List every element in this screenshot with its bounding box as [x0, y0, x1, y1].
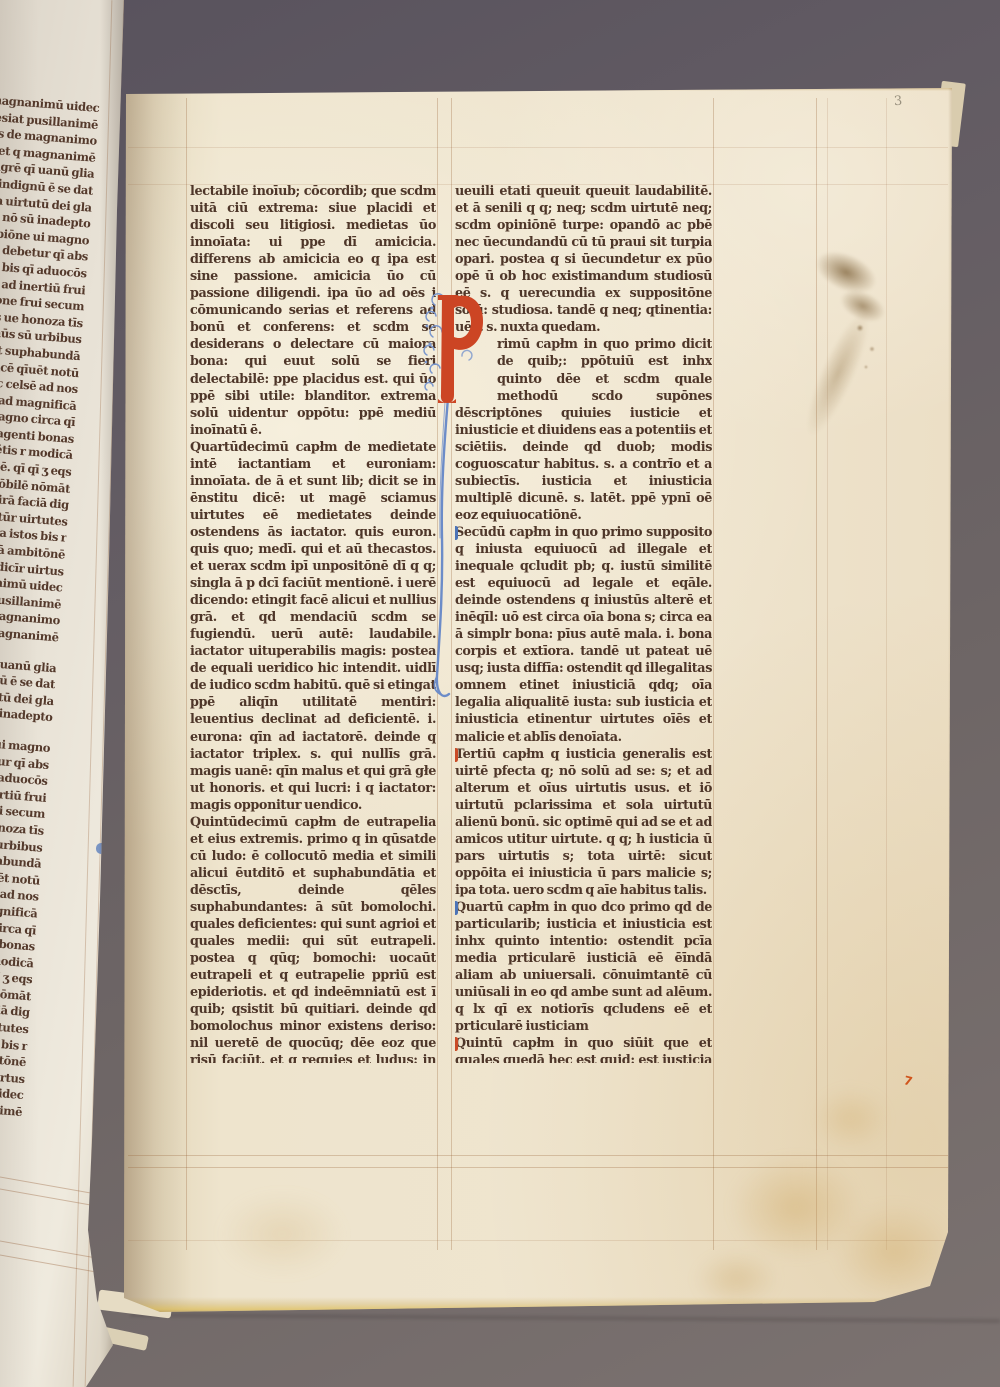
folio-number: 3	[893, 94, 902, 110]
gutter-shading	[122, 86, 192, 1314]
paragraph-text: lectabile inoīub; cōcordib; que scdm uit…	[190, 184, 436, 438]
ruling-line	[128, 1167, 948, 1168]
page-curvature-shading	[0, 0, 128, 1387]
paraph-mark-blue	[455, 901, 458, 915]
initial-letter-space	[455, 336, 497, 388]
paragraph: Quartūdecimū capłm de medietate intē iac…	[190, 439, 436, 814]
ink-stain	[848, 316, 888, 376]
ruling-line	[886, 98, 887, 1250]
paragraph-text: Secūdū capłm in quo primo supposito q in…	[455, 525, 712, 745]
paragraph: lectabile inoīub; cōcordib; que scdm uit…	[190, 183, 436, 439]
paragraph-text: Quartūdecimū capłm de medietate intē iac…	[190, 440, 436, 813]
ruling-line	[451, 98, 452, 1250]
ink-stain	[735, 228, 926, 460]
paragraph-text: ueuili etati queuit queuit laudabilitē. …	[455, 184, 712, 335]
paraph-mark-red	[455, 1037, 458, 1051]
table-shadow	[130, 1313, 1000, 1323]
ruling-line	[186, 98, 187, 1250]
quire-mark: 7	[902, 1073, 913, 1089]
paragraph: Secūdū capłm in quo primo supposito q in…	[455, 524, 712, 746]
paragraph: Quartū capłm in quo dco primo qd de part…	[455, 899, 712, 1035]
ruling-line	[128, 1240, 948, 1241]
ruling-line	[128, 1155, 948, 1156]
photograph-backdrop: tionū qr est bonū ē magnanimū uidecū et …	[0, 0, 1000, 1387]
ruling-line	[128, 147, 948, 148]
text-column-right: ueuili etati queuit queuit laudabilitē. …	[455, 183, 712, 1063]
paragraph-text: Quintū capłm in quo siūit que et quales …	[455, 1036, 712, 1063]
parchment-stain	[182, 1146, 382, 1306]
paragraph: Tertiū capłm q iusticia generalis est ui…	[455, 746, 712, 899]
ruling-line	[816, 98, 817, 1250]
paragraph-text: Quintūdecimū capłm de eutrapelia et eius…	[190, 815, 436, 1063]
paragraph: Quintūdecimū capłm de eutrapelia et eius…	[190, 814, 436, 1063]
page-edge	[948, 86, 954, 1244]
paragraph-text: Tertiū capłm q iusticia generalis est ui…	[455, 747, 712, 898]
paragraph: rimū capłm in quo primo dicit de quib;: …	[455, 336, 712, 524]
paragraph-text: Quartū capłm in quo dco primo qd de part…	[455, 900, 712, 1034]
manuscript-page: 3 7 lectabile inoīub; cōcordib; que scdm…	[122, 86, 954, 1314]
ruling-line	[827, 98, 828, 1250]
facing-page-edge: tionū qr est bonū ē magnanimū uidecū et …	[0, 0, 128, 1387]
ruling-line	[437, 98, 438, 1250]
paragraph: ueuili etati queuit queuit laudabilitē. …	[455, 183, 712, 336]
paraph-mark-red	[455, 748, 458, 762]
text-column-left: lectabile inoīub; cōcordib; que scdm uit…	[190, 183, 436, 1063]
paraph-mark-blue	[455, 526, 458, 540]
paragraph: Quintū capłm in quo siūit que et quales …	[455, 1035, 712, 1063]
ruling-line	[713, 98, 714, 1250]
